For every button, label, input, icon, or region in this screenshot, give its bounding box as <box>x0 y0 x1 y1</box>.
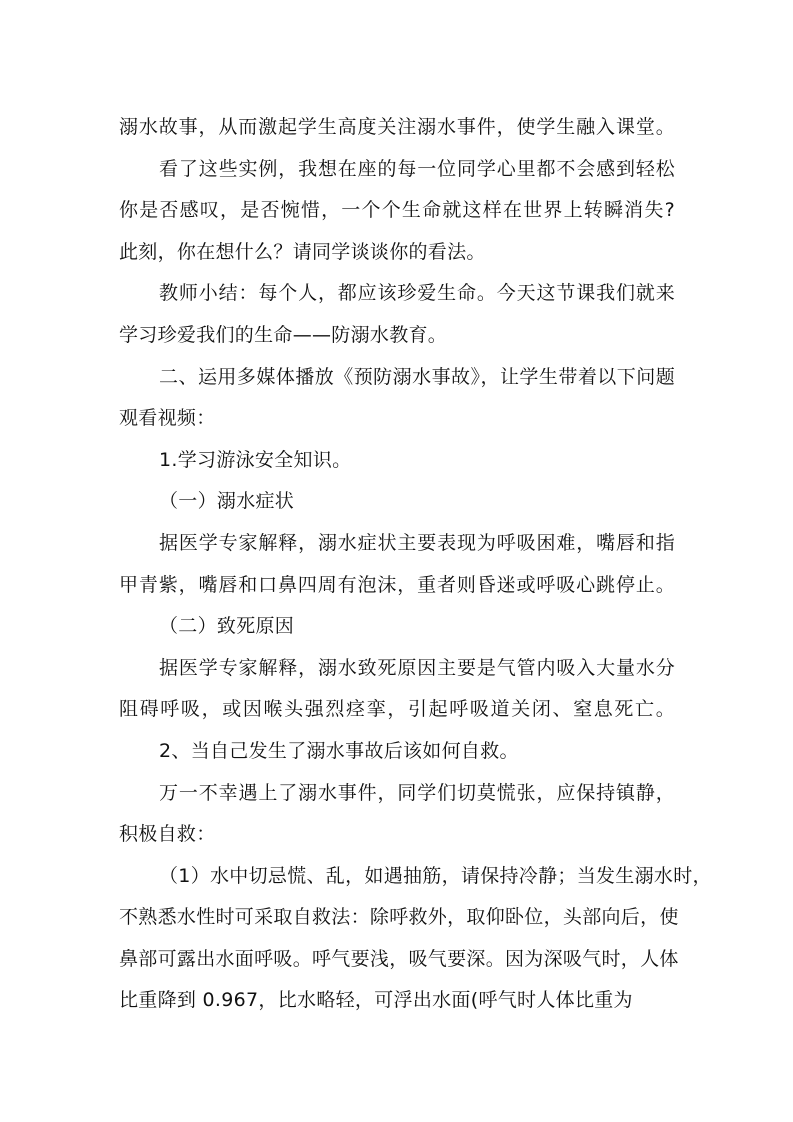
subsection-heading: （一）溺水症状 <box>119 481 679 523</box>
document-page: 溺水故事，从而激起学生高度关注溺水事件，使学生融入课堂。 看了这些实例，我想在座… <box>119 107 679 1022</box>
text-line: 溺水故事，从而激起学生高度关注溺水事件，使学生融入课堂。 <box>119 107 675 149</box>
text-line: 此刻，你在想什么？请同学谈谈你的看法。 <box>119 232 679 274</box>
text-line: 据医学专家解释，溺水致死原因主要是气管内吸入大量水分 <box>119 648 675 690</box>
text-line: 观看视频： <box>119 398 679 440</box>
text-line: 积极自救： <box>119 814 679 856</box>
text-line: 你是否感叹，是否惋惜，一个个生命就这样在世界上转瞬消失? <box>119 190 675 232</box>
subsection-heading: （二）致死原因 <box>119 606 679 648</box>
text-line: 据医学专家解释，溺水症状主要表现为呼吸困难，嘴唇和指 <box>119 523 675 565</box>
section-heading: 2、当自己发生了溺水事故后该如何自救。 <box>119 731 679 773</box>
text-line: 阻碍呼吸，或因喉头强烈痉挛，引起呼吸道关闭、窒息死亡。 <box>119 689 675 731</box>
text-line: 教师小结：每个人，都应该珍爱生命。今天这节课我们就来 <box>119 273 675 315</box>
text-line: 二、运用多媒体播放《预防溺水事故》，让学生带着以下问题 <box>119 357 675 399</box>
text-line: 学习珍爱我们的生命——防溺水教育。 <box>119 315 679 357</box>
section-heading: 1.学习游泳安全知识。 <box>119 440 679 482</box>
text-line: 不熟悉水性时可采取自救法：除呼救外，取仰卧位，头部向后，使 <box>119 897 675 939</box>
text-line: 甲青紫，嘴唇和口鼻四周有泡沫，重者则昏迷或呼吸心跳停止。 <box>119 565 675 607</box>
text-line: 比重降到 0.967，比水略轻，可浮出水面(呼气时人体比重为 <box>119 980 679 1022</box>
text-line: 鼻部可露出水面呼吸。呼气要浅，吸气要深。因为深吸气时，人体 <box>119 939 675 981</box>
text-line: 看了这些实例，我想在座的每一位同学心里都不会感到轻松 <box>119 149 675 191</box>
text-line: 万一不幸遇上了溺水事件，同学们切莫慌张，应保持镇静， <box>119 773 675 815</box>
text-line: （1）水中切忌慌、乱，如遇抽筋，请保持冷静；当发生溺水时， <box>119 856 675 898</box>
